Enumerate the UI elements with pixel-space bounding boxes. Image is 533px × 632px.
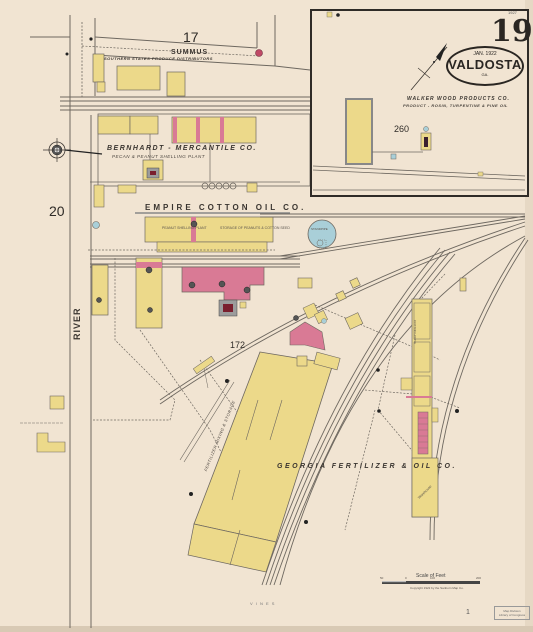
title-cartouche: JAN. 1922 VALDOSTA GA. [446,46,524,86]
block-number-20: 20 [49,203,65,219]
scale-tick-0: 0 [405,577,407,581]
title-state: GA. [448,72,522,77]
scale-credit: Copyright 1922 by the Sanborn Map Co. [410,587,464,591]
company-bernhardt: BERNHARDT - MERCANTILE CO. [107,145,257,152]
block-number-17: 17 [183,29,199,45]
street-summus: SUMMUS [171,49,208,56]
company-georgia-fertilizer: GEORGIA FERTILIZER & OIL CO. [277,463,457,470]
sanborn-map-sheet: 1927 19 JAN. 1922 VALDOSTA GA. 17 20 172… [0,0,533,632]
sheet-number: 19 [491,14,533,49]
label-standpipe: STANDPIPE [311,228,328,232]
company-walker-wood-sub: PRODUCT - ROSIN, TURPENTINE & PINE OIL [403,103,508,108]
scale-bar [382,581,480,584]
company-southern-states: SOUTHERN STATES PRODUCE DISTRIBUTORS [104,56,213,61]
library-stamp: Map Division Library of Congress [494,606,530,620]
street-vines: V I N E S [250,601,275,606]
block-number-260: 260 [394,124,409,134]
street-river: RIVER [72,307,82,340]
company-empire-cotton-oil: EMPIRE COTTON OIL CO. [145,203,306,212]
scale-tick-100: 100 [430,577,435,581]
stamp-line-2: Library of Congress [497,613,527,617]
scale-tick-50: 50 [380,577,383,581]
block-number-172: 172 [230,340,245,350]
label-peanut-shelling: PEANUT SHELLING PLANT [162,226,207,230]
company-walker-wood: WALKER WOOD PRODUCTS CO. [407,96,510,102]
footer-mark: 1 [466,609,470,617]
label-cotton-house: COTTON HOUSE [412,320,416,344]
title-city: VALDOSTA [448,57,522,72]
company-bernhardt-sub: PECAN & PEANUT SHELLING PLANT [112,154,205,159]
scale-tick-200: 200 [476,577,481,581]
label-storage: STORAGE OF PEANUTS & COTTON SEED [220,226,290,230]
